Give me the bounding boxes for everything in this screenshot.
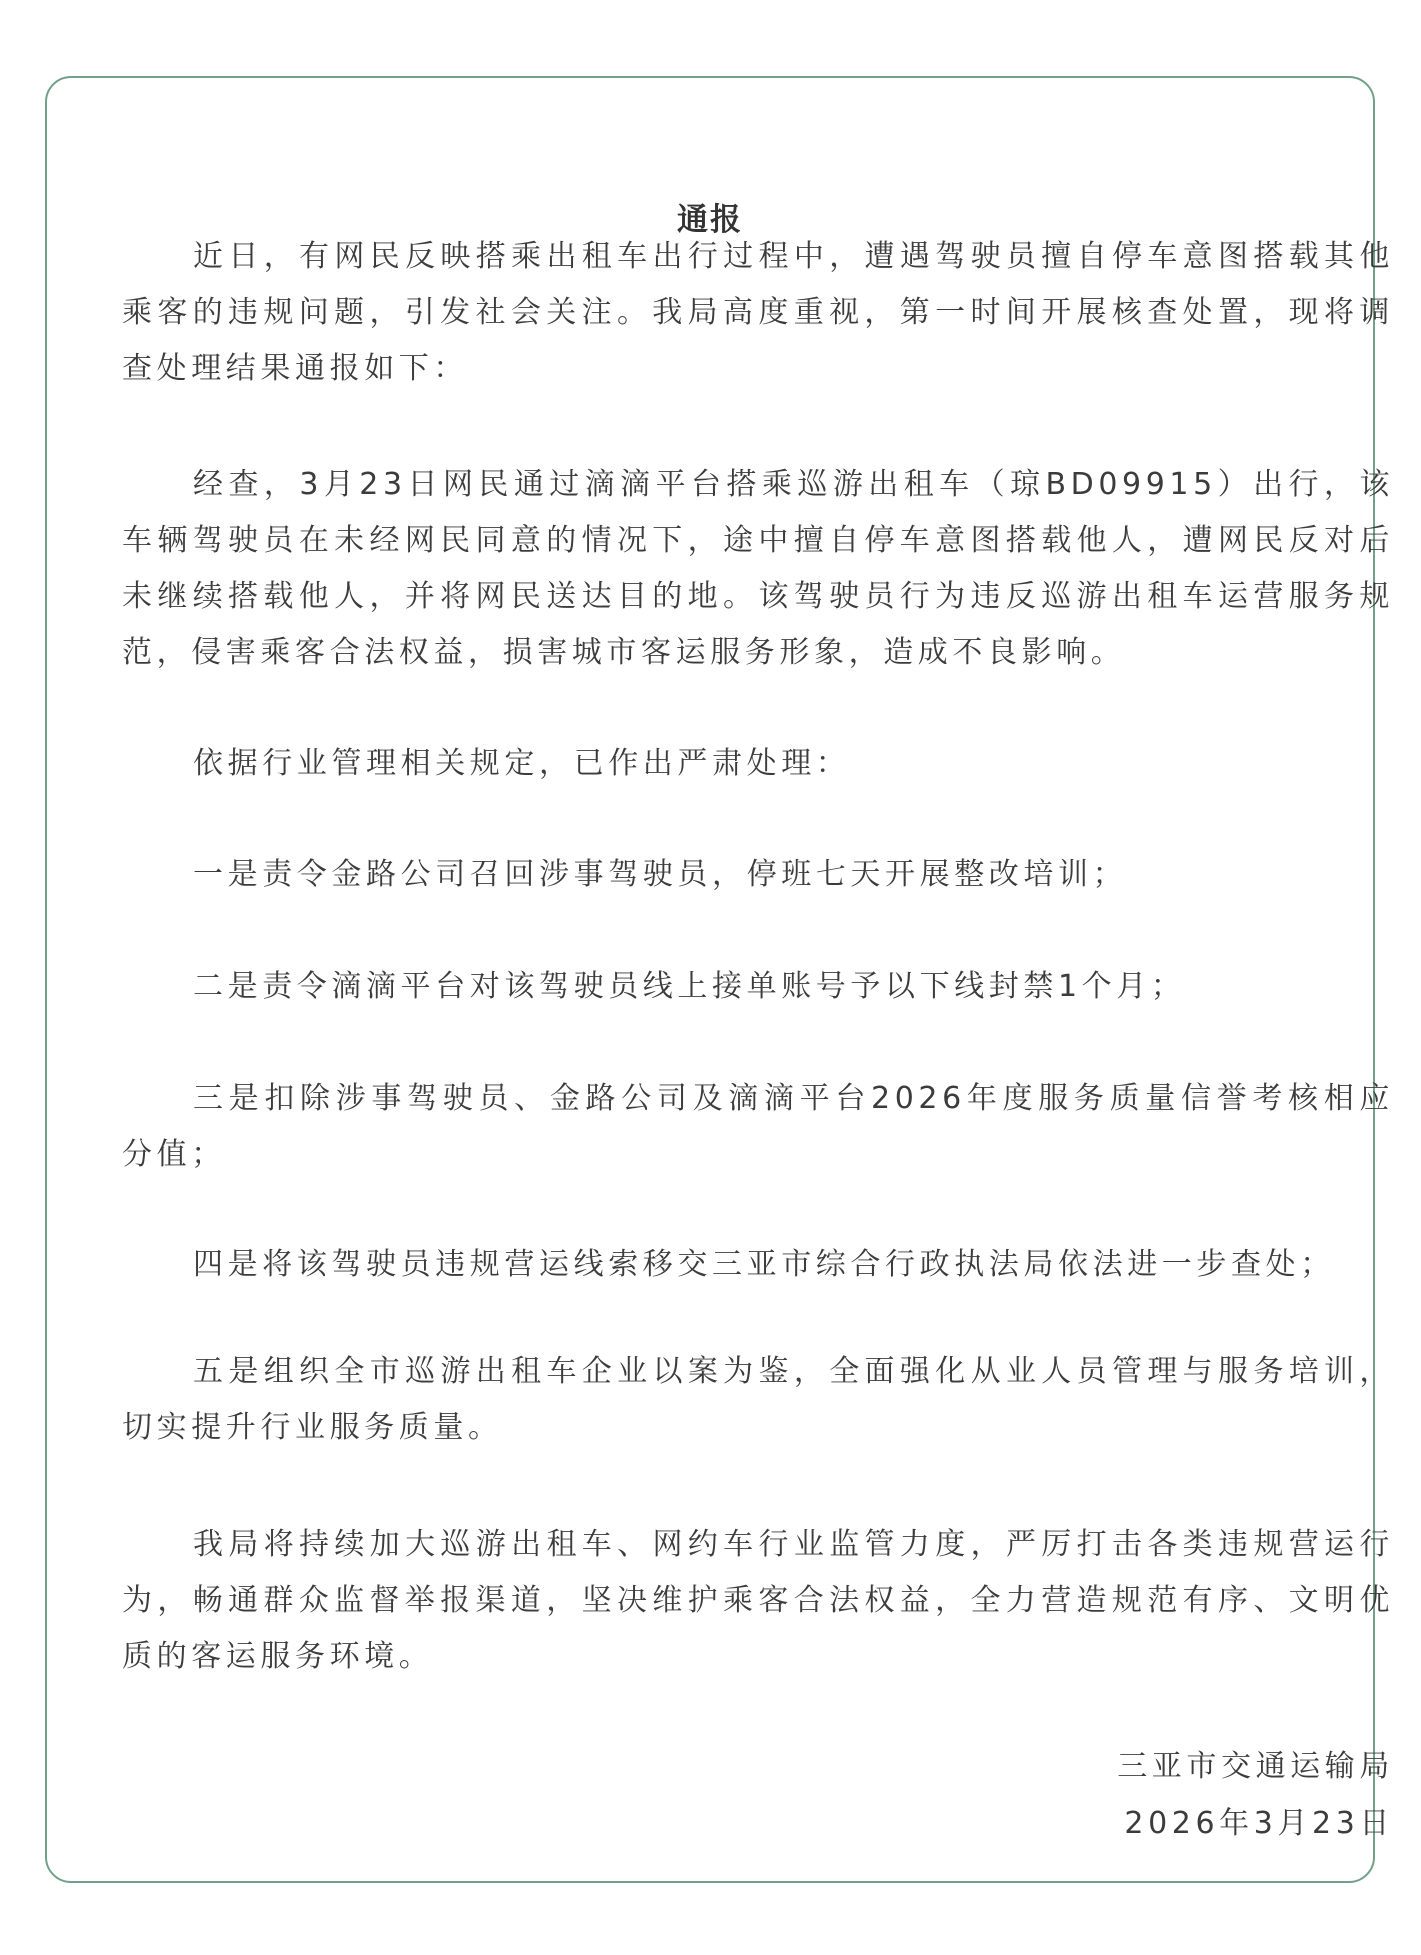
paragraph-investigation: 经查，3月23日网民通过滴滴平台搭乘巡游出租车（琼BD09915）出行，该车辆驾… bbox=[122, 457, 1394, 681]
paragraph-intro: 近日，有网民反映搭乘出租车出行过程中，遭遇驾驶员擅自停车意图搭载其他乘客的违规问… bbox=[122, 229, 1394, 397]
paragraph-handling-intro: 依据行业管理相关规定，已作出严肃处理： bbox=[122, 736, 1394, 792]
paragraph-measure-1: 一是责令金路公司召回涉事驾驶员，停班七天开展整改培训； bbox=[122, 847, 1394, 903]
notice-card: 通报 近日，有网民反映搭乘出租车出行过程中，遭遇驾驶员擅自停车意图搭载其他乘客的… bbox=[45, 76, 1375, 1883]
paragraph-measure-2: 二是责令滴滴平台对该驾驶员线上接单账号予以下线封禁1个月； bbox=[122, 959, 1394, 1015]
paragraph-measure-5: 五是组织全市巡游出租车企业以案为鉴，全面强化从业人员管理与服务培训，切实提升行业… bbox=[122, 1344, 1394, 1456]
signature-issuer: 三亚市交通运输局 bbox=[794, 1739, 1394, 1795]
paragraph-measure-4: 四是将该驾驶员违规营运线索移交三亚市综合行政执法局依法进一步查处； bbox=[122, 1237, 1394, 1293]
signature-date: 2026年3月23日 bbox=[794, 1796, 1394, 1852]
paragraph-measure-3: 三是扣除涉事驾驶员、金路公司及滴滴平台2026年度服务质量信誉考核相应分值； bbox=[122, 1071, 1394, 1183]
paragraph-closing: 我局将持续加大巡游出租车、网约车行业监管力度，严厉打击各类违规营运行为，畅通群众… bbox=[122, 1517, 1394, 1685]
